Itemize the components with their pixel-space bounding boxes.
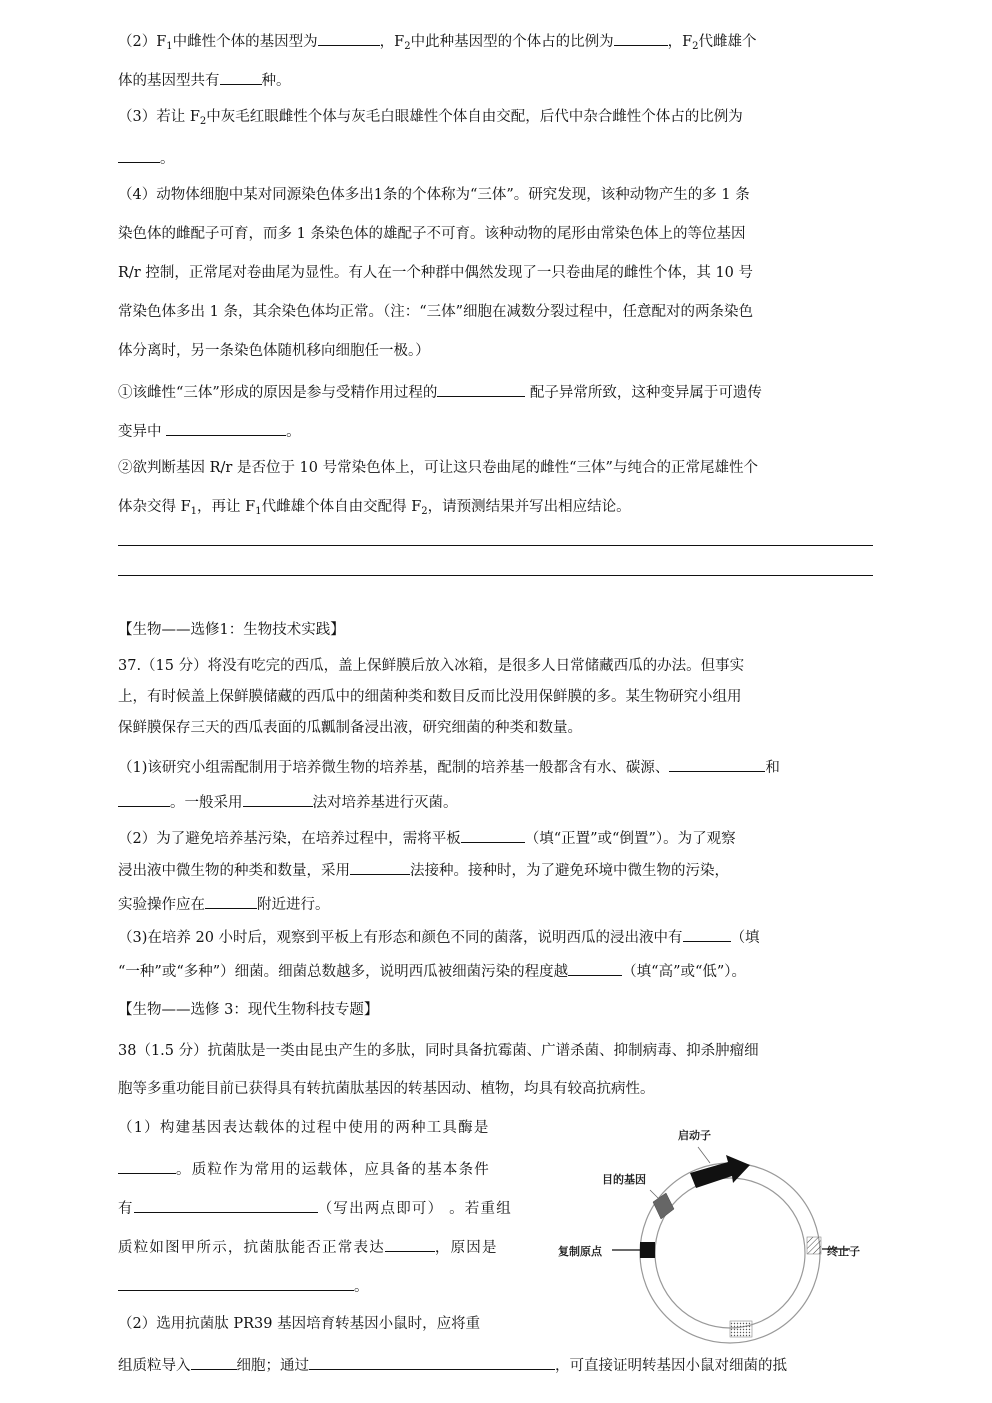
q36-part4-line: R/r 控制，正常尾对卷曲尾为显性。有人在一个种群中偶然发现了一只卷曲尾的雌性个… [118,263,753,283]
q38-part1-line3: 有（写出两点即可） 。若重组 [118,1196,512,1219]
promoter-arrow [690,1155,750,1188]
target-gene-label: 目的基因 [602,1171,646,1187]
q38-intro-line: 胞等多重功能目前已获得具有转抗菌肽基因的转基因动、植物，均具有较高抗病性。 [118,1079,655,1099]
answer-blank[interactable] [669,755,765,772]
q37-part2-line3: 实验操作应在附近进行。 [118,892,330,915]
answer-blank[interactable] [118,1157,176,1174]
terminator-label: 终止子 [827,1243,860,1259]
elective1-heading: 【生物——选修1：生物技术实践】 [118,620,345,640]
answer-blank[interactable] [309,1353,555,1370]
answer-blank[interactable] [205,892,257,909]
answer-blank[interactable] [134,1196,318,1213]
q36-part2-line2: 体的基因型共有种。 [118,68,291,91]
answer-blank[interactable] [166,419,286,436]
q36-sub1-line2: 变异中 。 [118,419,301,442]
q36-part2-line1: （2）F1中雌性个体的基因型为，F2中此种基因型的个体占的比例为，F2代雌雄个 [118,29,757,57]
q36-sub1-line1: ①该雌性“三体”形成的原因是参与受精作用过程的 配子异常所致，这种变异属于可遗传 [118,380,762,403]
target-gene-block [653,1193,674,1219]
q36-part4-line: 体分离时，另一条染色体随机移向细胞任一极。） [118,341,430,361]
answer-blank[interactable] [118,1274,354,1291]
answer-blank[interactable] [118,790,170,807]
origin-label: 复制原点 [558,1243,602,1259]
answer-blank[interactable] [437,380,525,397]
q36-part4-line: （4）动物体细胞中某对同源染色体多出1条的个体称为“三体”。研究发现，该种动物产… [118,185,750,205]
answer-blank[interactable] [191,1353,237,1370]
answer-blank[interactable] [350,858,410,875]
q37-part1-line2: 。一般采用法对培养基进行灭菌。 [118,790,458,813]
q38-part1-line4: 质粒如图甲所示，抗菌肽能否正常表达，原因是 [118,1235,498,1258]
promoter-label: 启动子 [678,1127,711,1143]
q36-part4-line: 常染色体多出 1 条，其余染色体均正常。（注：“三体”细胞在减数分裂过程中，任意… [118,302,753,322]
q36-part3-line2: 。 [118,146,175,169]
q38-part1-line5: 。 [118,1274,369,1297]
q37-intro-line: 保鲜膜保存三天的西瓜表面的瓜瓤制备浸出液，研究细菌的种类和数量。 [118,718,582,738]
q37-part2-line1: （2）为了避免培养基污染，在培养过程中，需将平板（填“正置”或“倒置”）。为了观… [118,826,736,849]
answer-line[interactable] [118,545,873,546]
q38-part1-line2: 。质粒作为常用的运载体，应具备的基本条件 [118,1157,490,1180]
q36-part4-line: 染色体的雌配子可育，而多 1 条染色体的雄配子不可育。该种动物的尾形由常染色体上… [118,224,745,244]
answer-blank[interactable] [461,826,525,843]
answer-blank[interactable] [318,29,380,46]
origin-block [640,1242,655,1258]
q36-sub2-line2: 体杂交得 F1，再让 F1代雌雄个体自由交配得 F2，请预测结果并写出相应结论。 [118,497,631,522]
q37-part1-line1: （1)该研究小组需配制用于培养微生物的培养基，配制的培养基一般都含有水、碳源、和 [118,755,780,778]
answer-blank[interactable] [118,146,160,163]
marker-gene-block [730,1321,752,1337]
terminator-block [807,1237,821,1254]
q37-intro-line: 37.（15 分）将没有吃完的西瓜，盖上保鲜膜后放入冰箱，是很多人日常储藏西瓜的… [118,656,744,676]
q36-sub2-line1: ②欲判断基因 R/r 是否位于 10 号常染色体上，可让这只卷曲尾的雌性“三体”… [118,458,758,478]
q37-part3-line2: “一种”或“多种”）细菌。细菌总数越多，说明西瓜被细菌污染的程度越（填“高”或“… [118,959,746,982]
answer-blank[interactable] [614,29,668,46]
elective3-heading: 【生物——选修 3：现代生物科技专题】 [118,1000,378,1020]
q37-part2-line2: 浸出液中微生物的种类和数量，采用法接种。接种时，为了避免环境中微生物的污染， [118,858,729,881]
answer-blank[interactable] [683,925,731,942]
answer-blank[interactable] [568,959,622,976]
answer-line[interactable] [118,575,873,576]
plasmid-ring-icon [550,1115,880,1350]
q36-part3-line1: （3）若让 F2中灰毛红眼雌性个体与灰毛白眼雄性个体自由交配，后代中杂合雌性个体… [118,107,743,132]
answer-blank[interactable] [220,68,262,85]
q37-part3-line1: （3)在培养 20 小时后，观察到平板上有形态和颜色不同的菌落，说明西瓜的浸出液… [118,925,760,948]
q38-part2-line2: 组质粒导入细胞；通过，可直接证明转基因小鼠对细菌的抵 [118,1353,787,1376]
answer-blank[interactable] [243,790,313,807]
plasmid-diagram: 启动子 目的基因 复制原点 终止子 [550,1115,880,1350]
q37-intro-line: 上，有时候盖上保鲜膜储藏的西瓜中的细菌种类和数目反而比没用保鲜膜的多。某生物研究… [118,687,742,707]
q38-part2-line1: （2）选用抗菌肽 PR39 基因培育转基因小鼠时，应将重 [118,1314,480,1334]
answer-blank[interactable] [385,1235,435,1252]
q38-part1-line1: （1）构建基因表达载体的过程中使用的两种工具酶是 [118,1118,490,1138]
q38-intro-line: 38（1.5 分）抗菌肽是一类由昆虫产生的多肽，同时具备抗霉菌、广谱杀菌、抑制病… [118,1041,759,1061]
